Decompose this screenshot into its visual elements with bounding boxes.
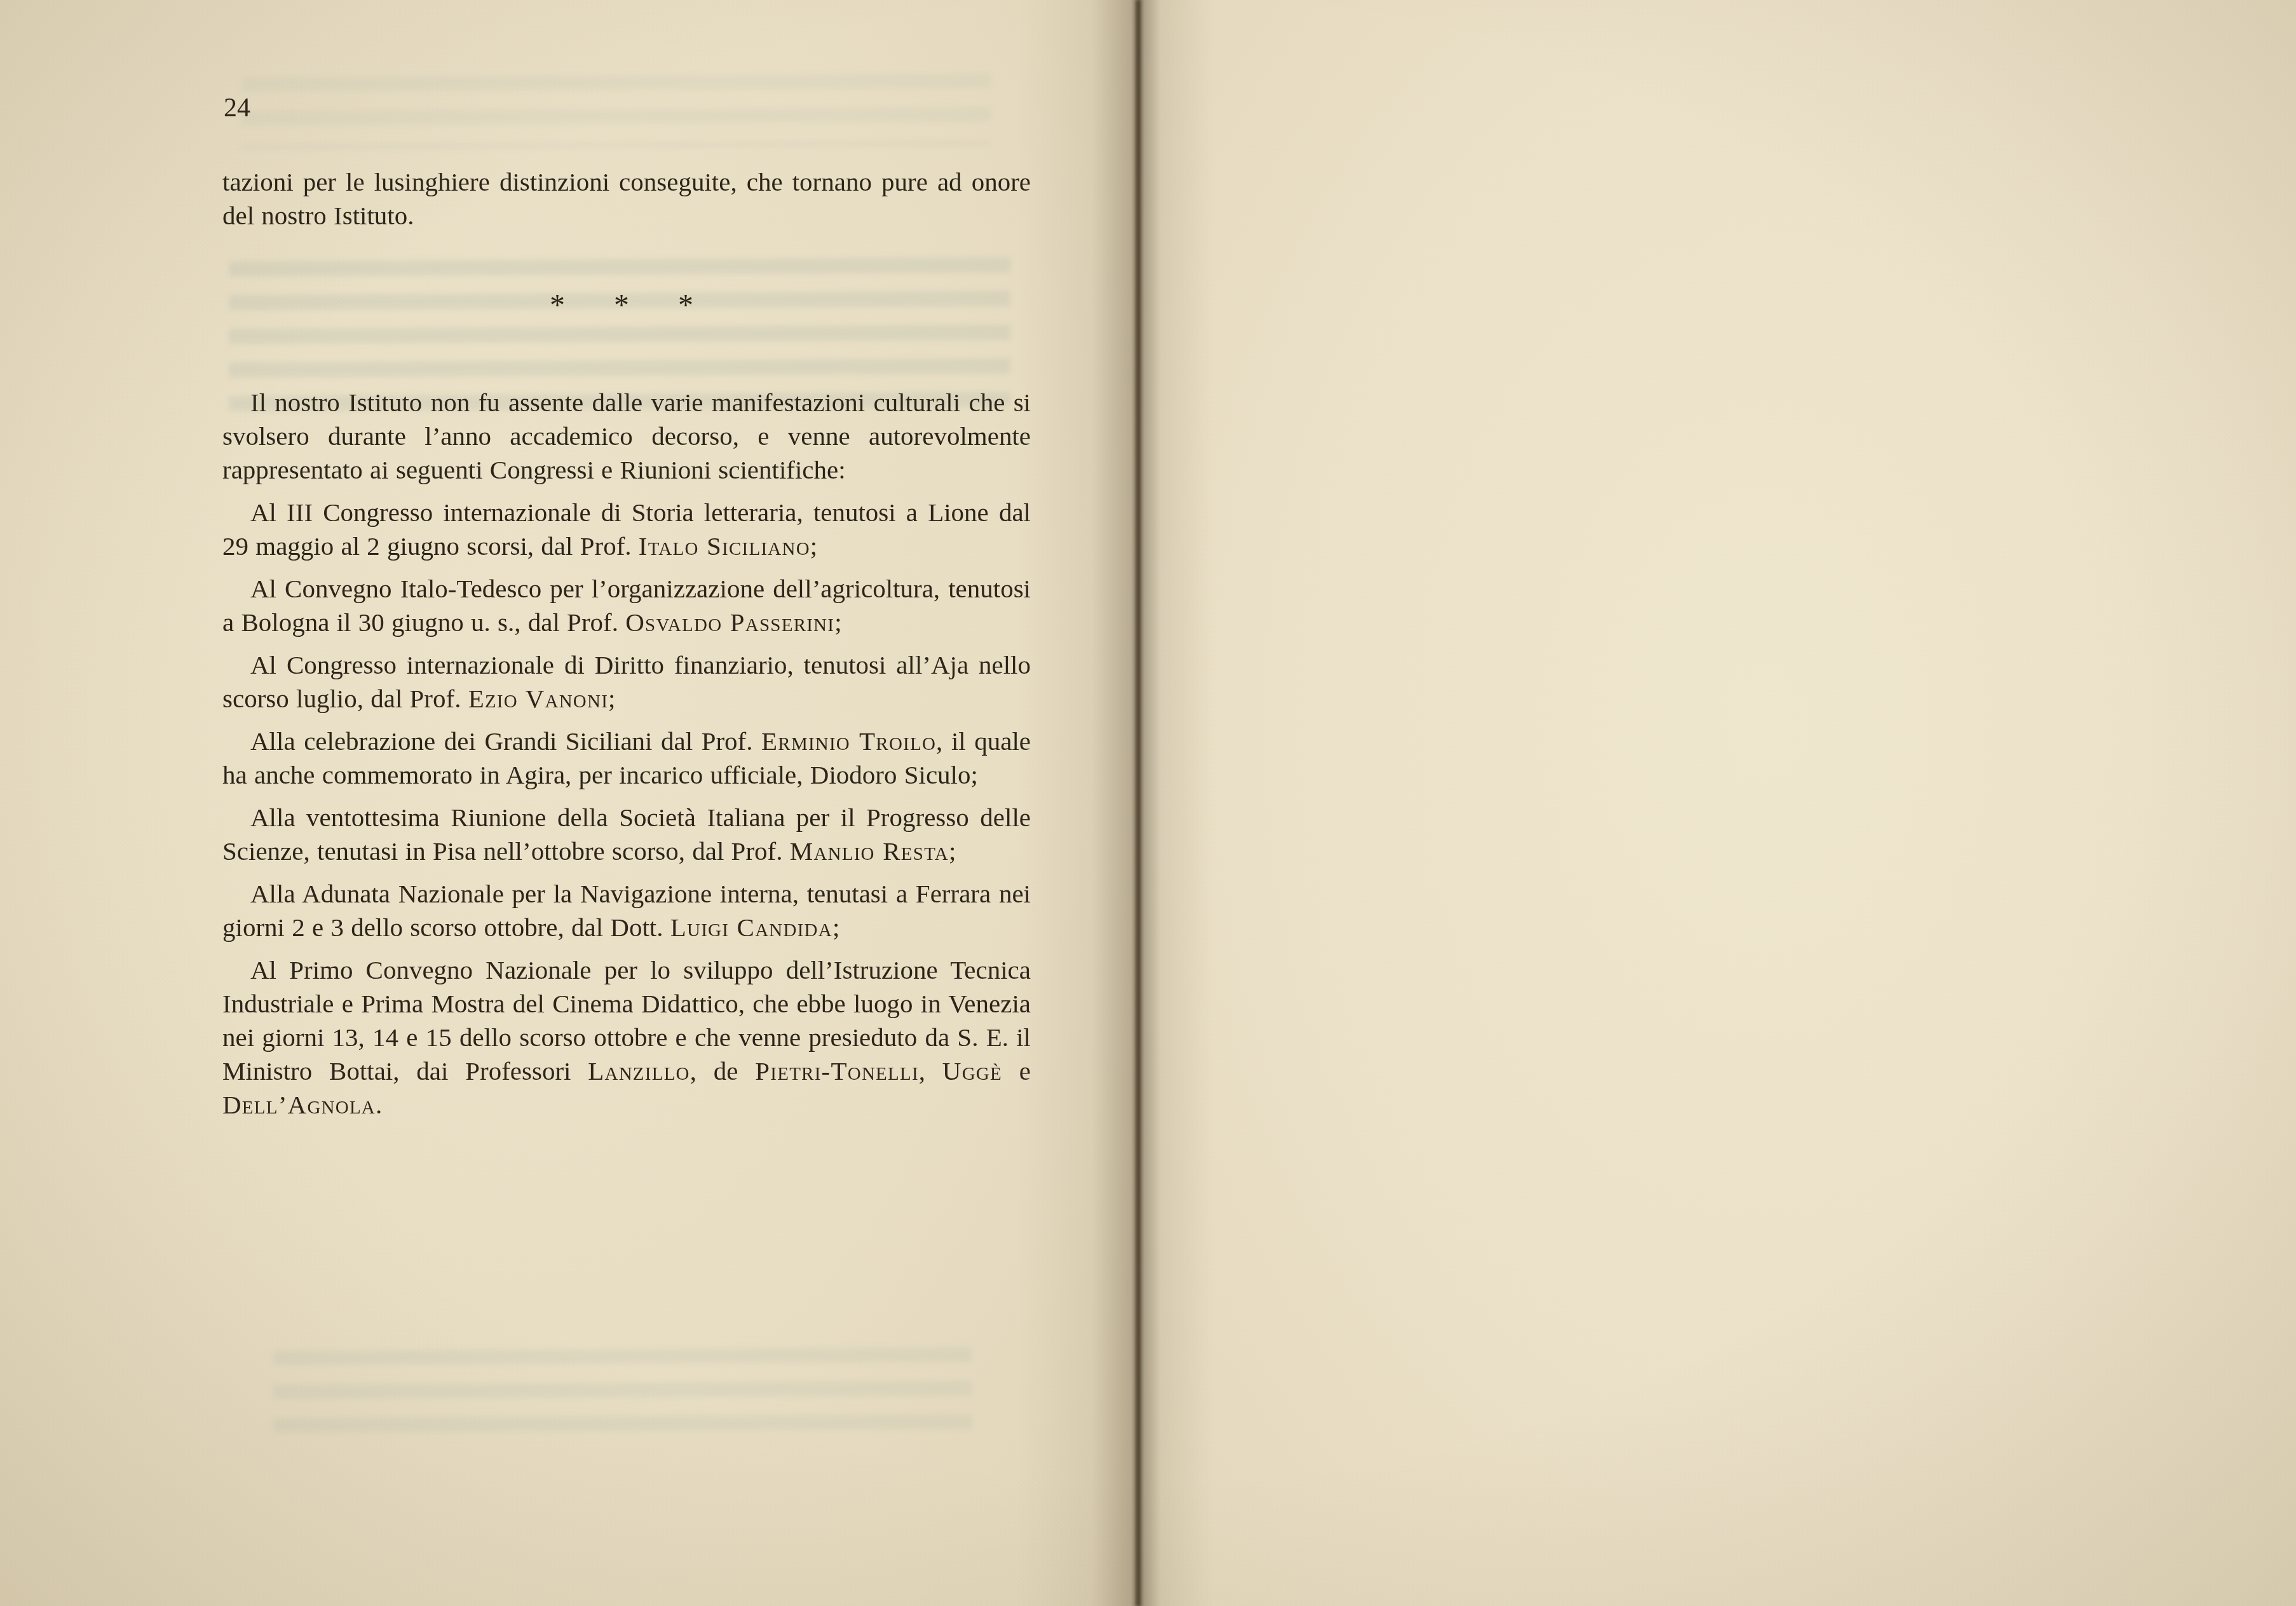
text-run: Alla celebrazione dei Grandi Siciliani d… <box>250 726 761 756</box>
book-spread: 24 tazioni per le lusinghiere distinzion… <box>0 0 2296 1606</box>
person-name: Pietri-Tonelli <box>755 1056 919 1085</box>
page-left-text-column: tazioni per le lusinghiere distinzioni c… <box>222 165 1031 1131</box>
text-run: ; <box>834 608 841 637</box>
person-name: Erminio Troilo <box>761 726 936 756</box>
text-run: Il nostro Istituto non fu assente dalle … <box>222 388 1031 484</box>
text-run: tazioni per le lusinghiere distinzioni c… <box>222 167 1031 230</box>
book-gutter-crease <box>1136 0 1141 1606</box>
text-run: ; <box>949 836 956 866</box>
paragraph: Alla celebrazione dei Grandi Siciliani d… <box>222 725 1031 792</box>
text-run: ; <box>608 684 615 713</box>
text-run: . <box>376 1090 382 1119</box>
paragraph: Il nostro Istituto non fu assente dalle … <box>222 386 1031 487</box>
paragraph: tazioni per le lusinghiere distinzioni c… <box>222 165 1031 233</box>
text-run: e <box>1002 1056 1031 1085</box>
person-name: Manlio Resta <box>790 836 949 866</box>
page-left: 24 tazioni per le lusinghiere distinzion… <box>0 0 1141 1606</box>
text-run: Al Congresso internazionale di Diritto f… <box>222 650 1031 713</box>
bleedthrough-ghost <box>241 73 991 150</box>
text-run: Al III Congresso internazionale di Stori… <box>222 498 1031 561</box>
paragraph: Alla ventottesima Riunione della Società… <box>222 801 1031 868</box>
page-number-left: 24 <box>224 93 250 123</box>
paragraph: Al III Congresso internazionale di Stori… <box>222 496 1031 563</box>
text-run: Alla Adunata Nazionale per la Navigazion… <box>222 879 1031 942</box>
person-name: Uggè <box>942 1056 1002 1085</box>
text-run: ; <box>832 913 839 942</box>
paragraph: Al Convegno Italo-Tedesco per l’organizz… <box>222 572 1031 639</box>
person-name: Dell’Agnola <box>222 1090 376 1119</box>
person-name: Luigi Candida <box>670 913 832 942</box>
text-run: , <box>919 1056 942 1085</box>
paragraph: Al Primo Convegno Nazionale per lo svilu… <box>222 953 1031 1122</box>
section-separator: * * * <box>222 289 1031 322</box>
bleedthrough-ghost <box>273 1347 972 1446</box>
person-name: Ezio Vanoni <box>468 684 608 713</box>
page-right: 25 * * *Circa l’attività scientifica e d… <box>1141 0 2296 1606</box>
text-run: , de <box>690 1056 756 1085</box>
paragraph: Al Congresso internazionale di Diritto f… <box>222 648 1031 716</box>
person-name: Osvaldo Passerini <box>625 608 834 637</box>
person-name: Lanzillo <box>588 1056 690 1085</box>
person-name: Italo Siciliano <box>639 531 810 561</box>
paragraph: Alla Adunata Nazionale per la Navigazion… <box>222 877 1031 944</box>
text-run: ; <box>810 531 817 561</box>
